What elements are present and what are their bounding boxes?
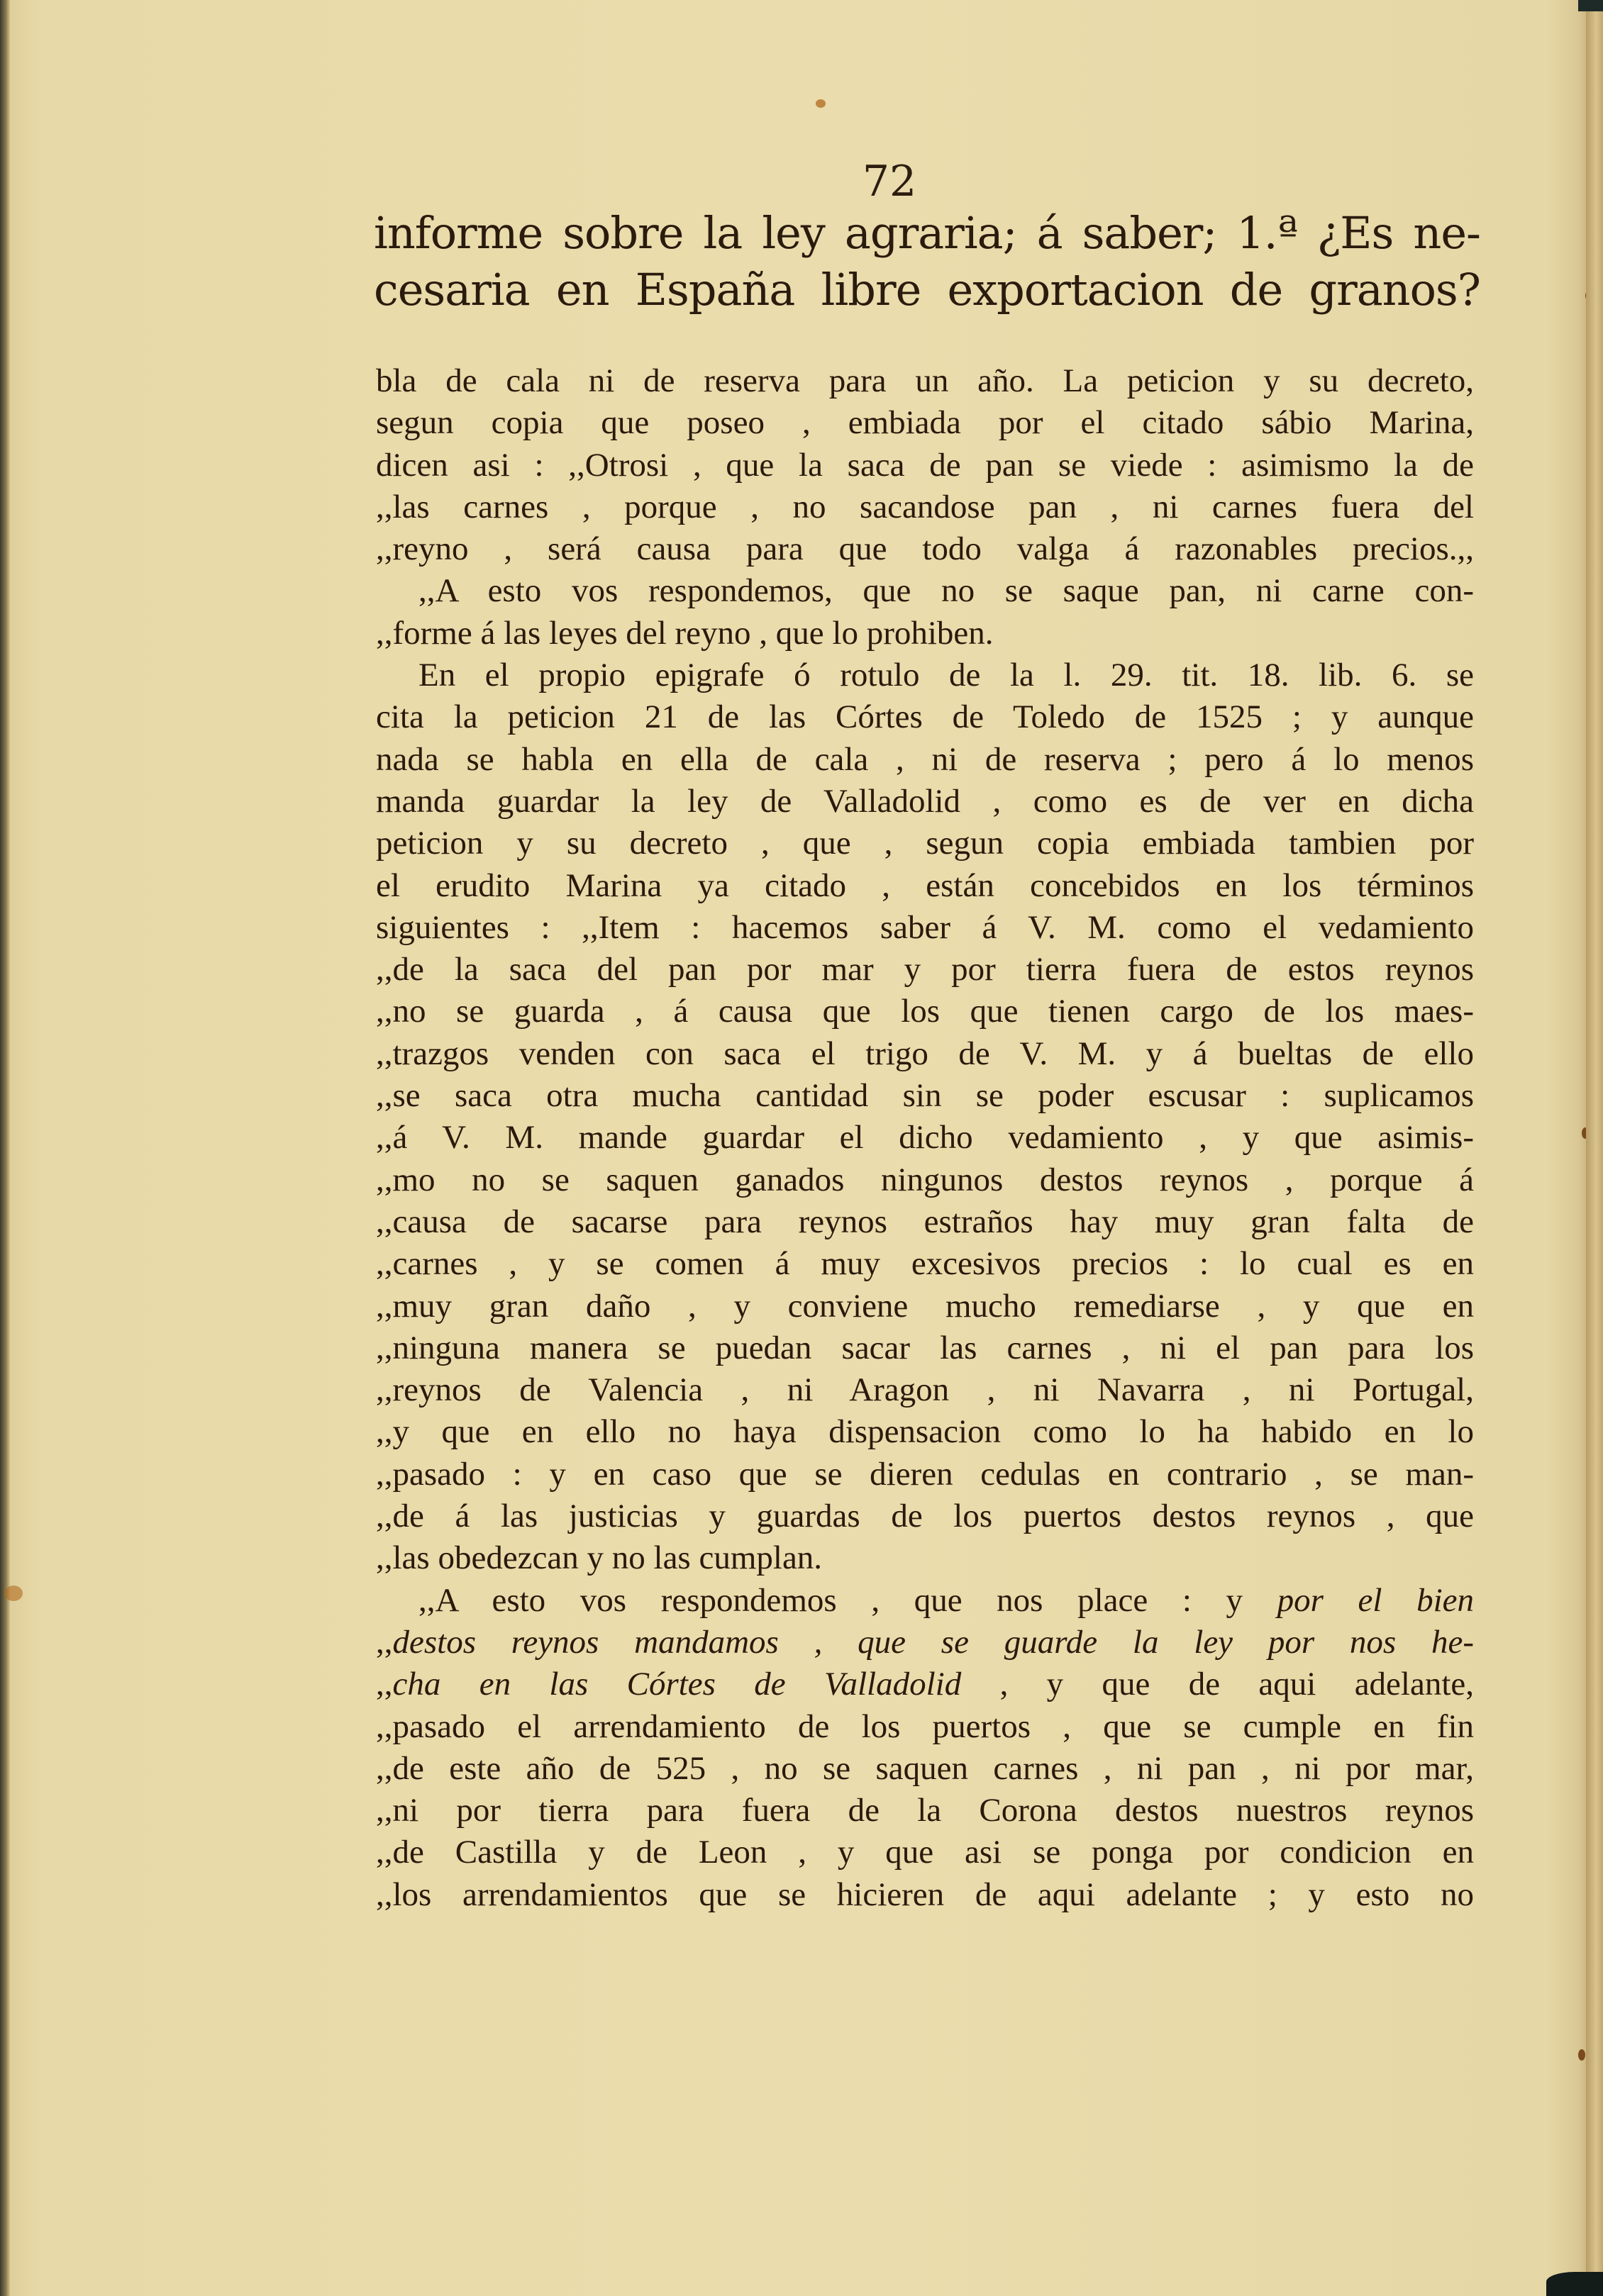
text-line: ,,forme á las leyes del reyno , que lo p… <box>376 613 1474 654</box>
adjacent-page-edge <box>1586 0 1603 2296</box>
heading-word: ¿Es <box>1317 211 1393 255</box>
text-run: ,, <box>376 1624 393 1661</box>
heading-word: sobre <box>562 211 683 255</box>
text-line: nada se habla en ella de cala , ni de re… <box>376 739 1474 781</box>
heading-word: libre <box>821 268 921 312</box>
ink-spot <box>816 99 826 108</box>
text-line: cita la peticion 21 de las Córtes de Tol… <box>376 696 1474 738</box>
heading-word: informe <box>374 211 543 255</box>
background-corner <box>1546 2272 1603 2296</box>
heading-word: la <box>703 211 742 255</box>
text-line: siguientes : ,,Item : hacemos saber á V.… <box>376 907 1474 949</box>
text-run: ,,A esto vos respondemos , que nos place… <box>418 1582 1277 1619</box>
page-number: 72 <box>861 160 918 203</box>
italic-text-run: cha en las Córtes de Valladolid <box>393 1666 962 1703</box>
paper-stain <box>4 1586 23 1601</box>
text-line: ,,cha en las Córtes de Valladolid , y qu… <box>376 1664 1474 1705</box>
text-line: ,,pasado el arrendamiento de los puertos… <box>376 1706 1474 1748</box>
heading-word: saber; <box>1082 211 1217 255</box>
heading-word: de <box>1230 268 1282 312</box>
italic-text-run: destos reynos mandamos , que se guarde l… <box>393 1624 1475 1661</box>
text-line: ,,mo no se saquen ganados ningunos desto… <box>376 1159 1474 1201</box>
text-line: ,,trazgos venden con saca el trigo de V.… <box>376 1033 1474 1075</box>
text-line: ,,reyno , será causa para que todo valga… <box>376 528 1474 570</box>
text-line: dicen asi : ,,Otrosi , que la saca de pa… <box>376 445 1474 486</box>
text-line: ,,ninguna manera se puedan sacar las car… <box>376 1327 1474 1369</box>
text-line: ,,de este año de 525 , no se saquen carn… <box>376 1748 1474 1790</box>
text-line: ,,pasado : y en caso que se dieren cedul… <box>376 1454 1474 1495</box>
text-line: ,,muy gran daño , y conviene mucho remed… <box>376 1286 1474 1327</box>
text-line: ,,las carnes , porque , no sacandose pan… <box>376 486 1474 528</box>
text-line: bla de cala ni de reserva para un año. L… <box>376 360 1474 402</box>
text-line: ,,reynos de Valencia , ni Aragon , ni Na… <box>376 1369 1474 1411</box>
text-line: ,,no se guarda , á causa que los que tie… <box>376 991 1474 1032</box>
chapter-heading-line-2: cesariaenEspañalibreexportaciondegranos? <box>374 268 1480 312</box>
heading-word: exportacion <box>948 268 1204 312</box>
heading-word: granos? <box>1309 268 1480 312</box>
chapter-heading-line-1: informesobrelaleyagraria;ásaber;1.ª¿Esne… <box>374 211 1480 255</box>
heading-word: ley <box>762 211 825 255</box>
text-line: ,,á V. M. mande guardar el dicho vedamie… <box>376 1117 1474 1159</box>
text-line: peticion y su decreto , que , segun copi… <box>376 823 1474 864</box>
text-line: ,,ni por tierra para fuera de la Corona … <box>376 1790 1474 1832</box>
text-line: ,,carnes , y se comen á muy excesivos pr… <box>376 1243 1474 1285</box>
italic-text-run: por el bien <box>1277 1582 1474 1619</box>
text-line: ,,destos reynos mandamos , que se guarde… <box>376 1622 1474 1664</box>
background-corner <box>1578 0 1603 11</box>
text-line: ,,de la saca del pan por mar y por tierr… <box>376 949 1474 991</box>
text-line: ,,de Castilla y de Leon , y que asi se p… <box>376 1832 1474 1873</box>
heading-word: á <box>1037 211 1063 255</box>
text-line: ,,las obedezcan y no las cumplan. <box>376 1537 1474 1579</box>
binding-gutter <box>0 0 10 2296</box>
text-line: manda guardar la ley de Valladolid , com… <box>376 781 1474 823</box>
text-run: ,, <box>376 1666 393 1703</box>
text-line: En el propio epigrafe ó rotulo de la l. … <box>376 654 1474 696</box>
heading-word: ne- <box>1413 211 1480 255</box>
body-text: bla de cala ni de reserva para un año. L… <box>376 360 1474 1916</box>
text-line: ,,los arrendamientos que se hicieren de … <box>376 1874 1474 1916</box>
heading-word: 1.ª <box>1236 211 1297 255</box>
heading-word: en <box>556 268 609 312</box>
text-line: ,,se saca otra mucha cantidad sin se pod… <box>376 1075 1474 1117</box>
text-line: ,,de á las justicias y guardas de los pu… <box>376 1495 1474 1537</box>
book-page: 72 informesobrelaleyagraria;ásaber;1.ª¿E… <box>0 0 1589 2296</box>
heading-word: España <box>636 268 795 312</box>
text-line: ,,y que en ello no haya dispensacion com… <box>376 1411 1474 1453</box>
text-line: ,,A esto vos respondemos , que nos place… <box>376 1580 1474 1622</box>
heading-word: agraria; <box>845 211 1017 255</box>
page-edge-tear <box>1578 2049 1585 2061</box>
text-line: el erudito Marina ya citado , están conc… <box>376 865 1474 907</box>
text-line: ,,A esto vos respondemos, que no se saqu… <box>376 570 1474 612</box>
heading-word: cesaria <box>374 268 530 312</box>
text-line: ,,causa de sacarse para reynos estraños … <box>376 1201 1474 1243</box>
text-run: , y que de aqui adelante, <box>961 1666 1474 1703</box>
text-line: segun copia que poseo , embiada por el c… <box>376 402 1474 444</box>
